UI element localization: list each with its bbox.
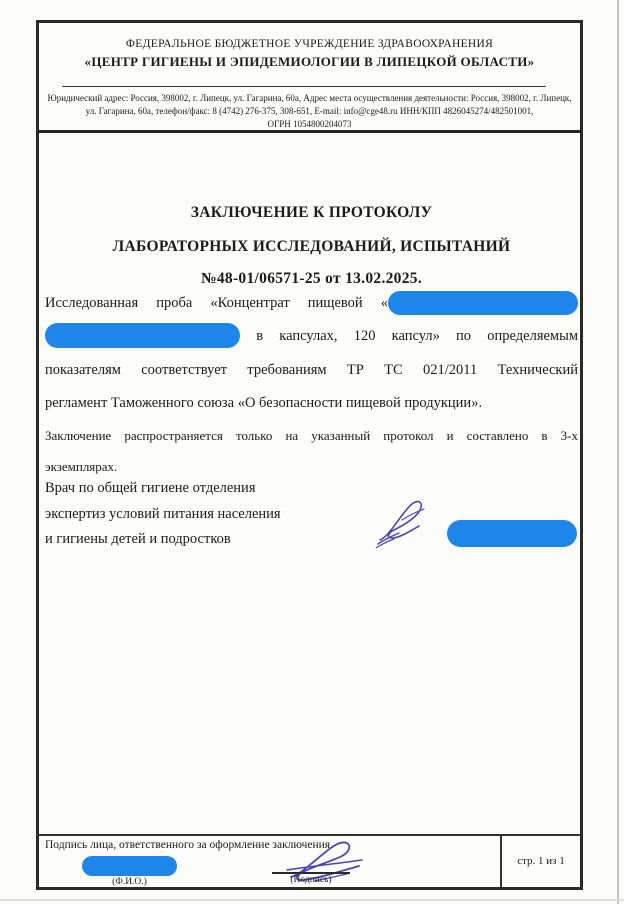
redaction-highlight-fio: [82, 856, 177, 876]
address-line-2: ул. Гагарина, 60а, телефон/факс: 8 (4742…: [42, 105, 577, 118]
page-number: стр. 1 из 1: [502, 855, 580, 867]
doctor-signature: [372, 496, 442, 548]
scanned-document-page: ФЕДЕРАЛЬНОЕ БЮДЖЕТНОЕ УЧРЕЖДЕНИЕ ЗДРАВОО…: [0, 0, 624, 904]
org-name-line1: ФЕДЕРАЛЬНОЕ БЮДЖЕТНОЕ УЧРЕЖДЕНИЕ ЗДРАВОО…: [39, 38, 580, 50]
scan-edge-bottom: [0, 899, 624, 901]
body-text: в капсулах, 120 капсул» по определяемым: [256, 328, 578, 344]
org-address-block: Юридический адрес: Россия, 398002, г. Ли…: [42, 92, 577, 131]
redaction-highlight-product-name-1: [388, 291, 578, 315]
document-number-date: №48-01/06571-25 от 13.02.2025.: [45, 270, 578, 288]
document-title-line2: ЛАБОРАТОРНЫХ ИССЛЕДОВАНИЙ, ИСПЫТАНИЙ: [45, 238, 578, 256]
signature-underline: [272, 872, 350, 874]
redaction-highlight-doctor-name: [447, 520, 577, 547]
address-line-1: Юридический адрес: Россия, 398002, г. Ли…: [42, 92, 577, 105]
doctor-position-line1: Врач по общей гигиене отделения: [45, 480, 405, 497]
body-paragraph1-line3: показателям соответствует требованиям ТР…: [45, 357, 578, 383]
org-name-line2: «ЦЕНТР ГИГИЕНЫ И ЭПИДЕМИОЛОГИИ В ЛИПЕЦКО…: [39, 54, 580, 70]
doctor-position-line3: и гигиены детей и подростков: [45, 531, 405, 548]
header-divider-thin: [62, 86, 546, 87]
scan-edge-right: [617, 0, 619, 904]
body-paragraph2-line1: Заключение распространяется только на ук…: [45, 423, 578, 449]
signature-caption: (Подпись): [272, 875, 350, 885]
redaction-highlight-product-name-2: [45, 323, 240, 348]
fio-caption: (Ф.И.О.): [82, 877, 177, 887]
header-divider-thick: [37, 130, 582, 133]
body-paragraph1-line2: в капсулах, 120 капсул» по определяемым: [45, 323, 578, 350]
body-text: Исследованная проба «Концентрат пищевой …: [45, 295, 388, 311]
body-paragraph1-line1: Исследованная проба «Концентрат пищевой …: [45, 290, 578, 317]
body-paragraph2-line2: экземплярах.: [45, 454, 578, 480]
doctor-position-line2: экспертиз условий питания населения: [45, 506, 405, 523]
footer-responsible-label: Подпись лица, ответственного за оформлен…: [45, 839, 495, 851]
body-paragraph1-line4: регламент Таможенного союза «О безопасно…: [45, 390, 578, 416]
document-title-line1: ЗАКЛЮЧЕНИЕ К ПРОТОКОЛУ: [45, 204, 578, 222]
